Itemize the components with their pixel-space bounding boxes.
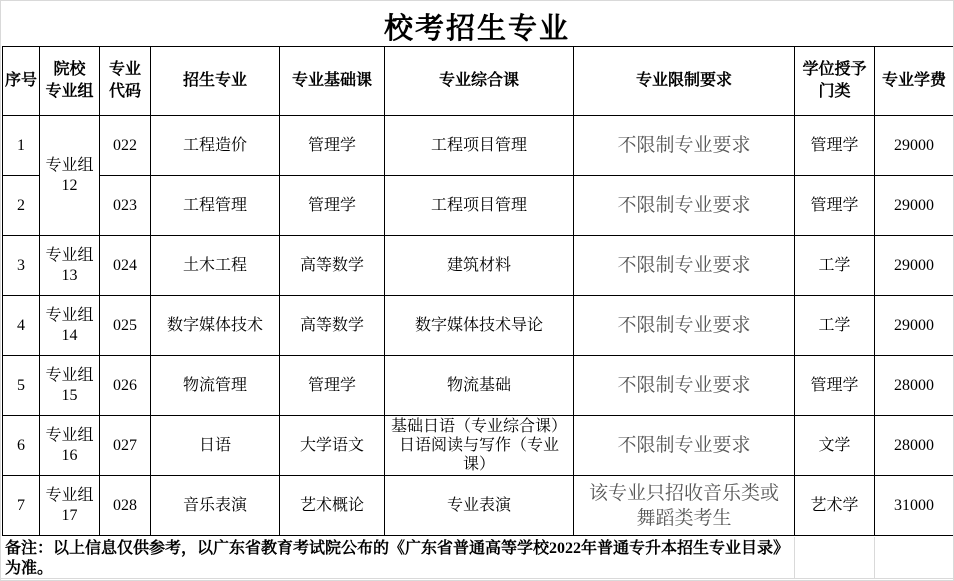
- cell-comprehensive-course: 数字媒体技术导论: [385, 296, 574, 356]
- cell-tuition: 29000: [875, 176, 954, 236]
- spreadsheet-gridline-horizontal: [1, 578, 954, 579]
- cell-major: 物流管理: [151, 356, 280, 416]
- cell-restriction: 不限制专业要求: [574, 236, 795, 296]
- cell-comprehensive-course: 物流基础: [385, 356, 574, 416]
- cell-basic-course: 管理学: [280, 356, 385, 416]
- cell-group: 专业组 15: [40, 356, 100, 416]
- cell-basic-course: 大学语文: [280, 416, 385, 476]
- cell-basic-course: 高等数学: [280, 236, 385, 296]
- spreadsheet-gridline-vertical: [794, 537, 795, 578]
- col-header-tuition: 专业学费: [875, 47, 954, 116]
- table-row: 6 专业组 16 027 日语 大学语文 基础日语（专业综合课）日语阅读与写作（…: [3, 416, 954, 476]
- cell-comprehensive-course: 基础日语（专业综合课）日语阅读与写作（专业课）: [385, 416, 574, 476]
- cell-major: 土木工程: [151, 236, 280, 296]
- cell-major: 工程造价: [151, 116, 280, 176]
- table-row: 4 专业组 14 025 数字媒体技术 高等数学 数字媒体技术导论 不限制专业要…: [3, 296, 954, 356]
- cell-group: 专业组 17: [40, 476, 100, 536]
- cell-tuition: 29000: [875, 116, 954, 176]
- cell-degree-category: 工学: [795, 296, 875, 356]
- cell-basic-course: 管理学: [280, 176, 385, 236]
- spreadsheet-gridline-vertical: [874, 537, 875, 578]
- cell-tuition: 29000: [875, 296, 954, 356]
- table-row: 7 专业组 17 028 音乐表演 艺术概论 专业表演 该专业只招收音乐类或舞蹈…: [3, 476, 954, 536]
- cell-seq: 1: [3, 116, 40, 176]
- table-row: 3 专业组 13 024 土木工程 高等数学 建筑材料 不限制专业要求 工学 2…: [3, 236, 954, 296]
- cell-degree-category: 工学: [795, 236, 875, 296]
- cell-seq: 5: [3, 356, 40, 416]
- col-header-major: 招生专业: [151, 47, 280, 116]
- cell-basic-course: 管理学: [280, 116, 385, 176]
- cell-major: 数字媒体技术: [151, 296, 280, 356]
- cell-code: 025: [100, 296, 151, 356]
- cell-restriction: 不限制专业要求: [574, 296, 795, 356]
- page-title: 校考招生专业: [1, 6, 953, 47]
- cell-comprehensive-course: 工程项目管理: [385, 176, 574, 236]
- col-header-seq: 序号: [3, 47, 40, 116]
- cell-comprehensive-course: 专业表演: [385, 476, 574, 536]
- col-header-degree-category: 学位授予 门类: [795, 47, 875, 116]
- cell-group: 专业组 16: [40, 416, 100, 476]
- cell-comprehensive-course: 工程项目管理: [385, 116, 574, 176]
- cell-seq: 3: [3, 236, 40, 296]
- cell-tuition: 31000: [875, 476, 954, 536]
- table-row: 2 023 工程管理 管理学 工程项目管理 不限制专业要求 管理学 29000: [3, 176, 954, 236]
- col-header-group: 院校 专业组: [40, 47, 100, 116]
- cell-degree-category: 艺术学: [795, 476, 875, 536]
- header-row: 序号 院校 专业组 专业 代码 招生专业 专业基础课 专业综合课 专业限制要求 …: [3, 47, 954, 116]
- cell-basic-course: 艺术概论: [280, 476, 385, 536]
- col-header-code: 专业 代码: [100, 47, 151, 116]
- cell-group: 专业组 14: [40, 296, 100, 356]
- cell-comprehensive-course: 建筑材料: [385, 236, 574, 296]
- cell-code: 027: [100, 416, 151, 476]
- cell-seq: 2: [3, 176, 40, 236]
- cell-restriction: 该专业只招收音乐类或舞蹈类考生: [574, 476, 795, 536]
- cell-degree-category: 管理学: [795, 176, 875, 236]
- cell-group: 专业组 12: [40, 116, 100, 236]
- col-header-comprehensive-course: 专业综合课: [385, 47, 574, 116]
- cell-basic-course: 高等数学: [280, 296, 385, 356]
- cell-seq: 4: [3, 296, 40, 356]
- cell-tuition: 28000: [875, 356, 954, 416]
- cell-major: 日语: [151, 416, 280, 476]
- cell-restriction: 不限制专业要求: [574, 176, 795, 236]
- cell-degree-category: 管理学: [795, 356, 875, 416]
- admissions-table: 序号 院校 专业组 专业 代码 招生专业 专业基础课 专业综合课 专业限制要求 …: [2, 46, 954, 536]
- cell-tuition: 29000: [875, 236, 954, 296]
- col-header-basic-course: 专业基础课: [280, 47, 385, 116]
- cell-code: 024: [100, 236, 151, 296]
- cell-degree-category: 文学: [795, 416, 875, 476]
- table-row: 5 专业组 15 026 物流管理 管理学 物流基础 不限制专业要求 管理学 2…: [3, 356, 954, 416]
- cell-seq: 6: [3, 416, 40, 476]
- cell-code: 022: [100, 116, 151, 176]
- cell-restriction: 不限制专业要求: [574, 116, 795, 176]
- cell-restriction: 不限制专业要求: [574, 356, 795, 416]
- cell-restriction: 不限制专业要求: [574, 416, 795, 476]
- cell-major: 工程管理: [151, 176, 280, 236]
- cell-seq: 7: [3, 476, 40, 536]
- cell-degree-category: 管理学: [795, 116, 875, 176]
- cell-major: 音乐表演: [151, 476, 280, 536]
- footer-note: 备注：以上信息仅供参考，以广东省教育考试院公布的《广东省普通高等学校2022年普…: [5, 539, 795, 579]
- cell-code: 026: [100, 356, 151, 416]
- cell-code: 028: [100, 476, 151, 536]
- cell-tuition: 28000: [875, 416, 954, 476]
- cell-group: 专业组 13: [40, 236, 100, 296]
- table-row: 1 专业组 12 022 工程造价 管理学 工程项目管理 不限制专业要求 管理学…: [3, 116, 954, 176]
- cell-code: 023: [100, 176, 151, 236]
- col-header-restriction: 专业限制要求: [574, 47, 795, 116]
- page: 校考招生专业 序号 院校 专业组 专业 代码 招生专业 专业基础课 专业综合课 …: [0, 0, 954, 581]
